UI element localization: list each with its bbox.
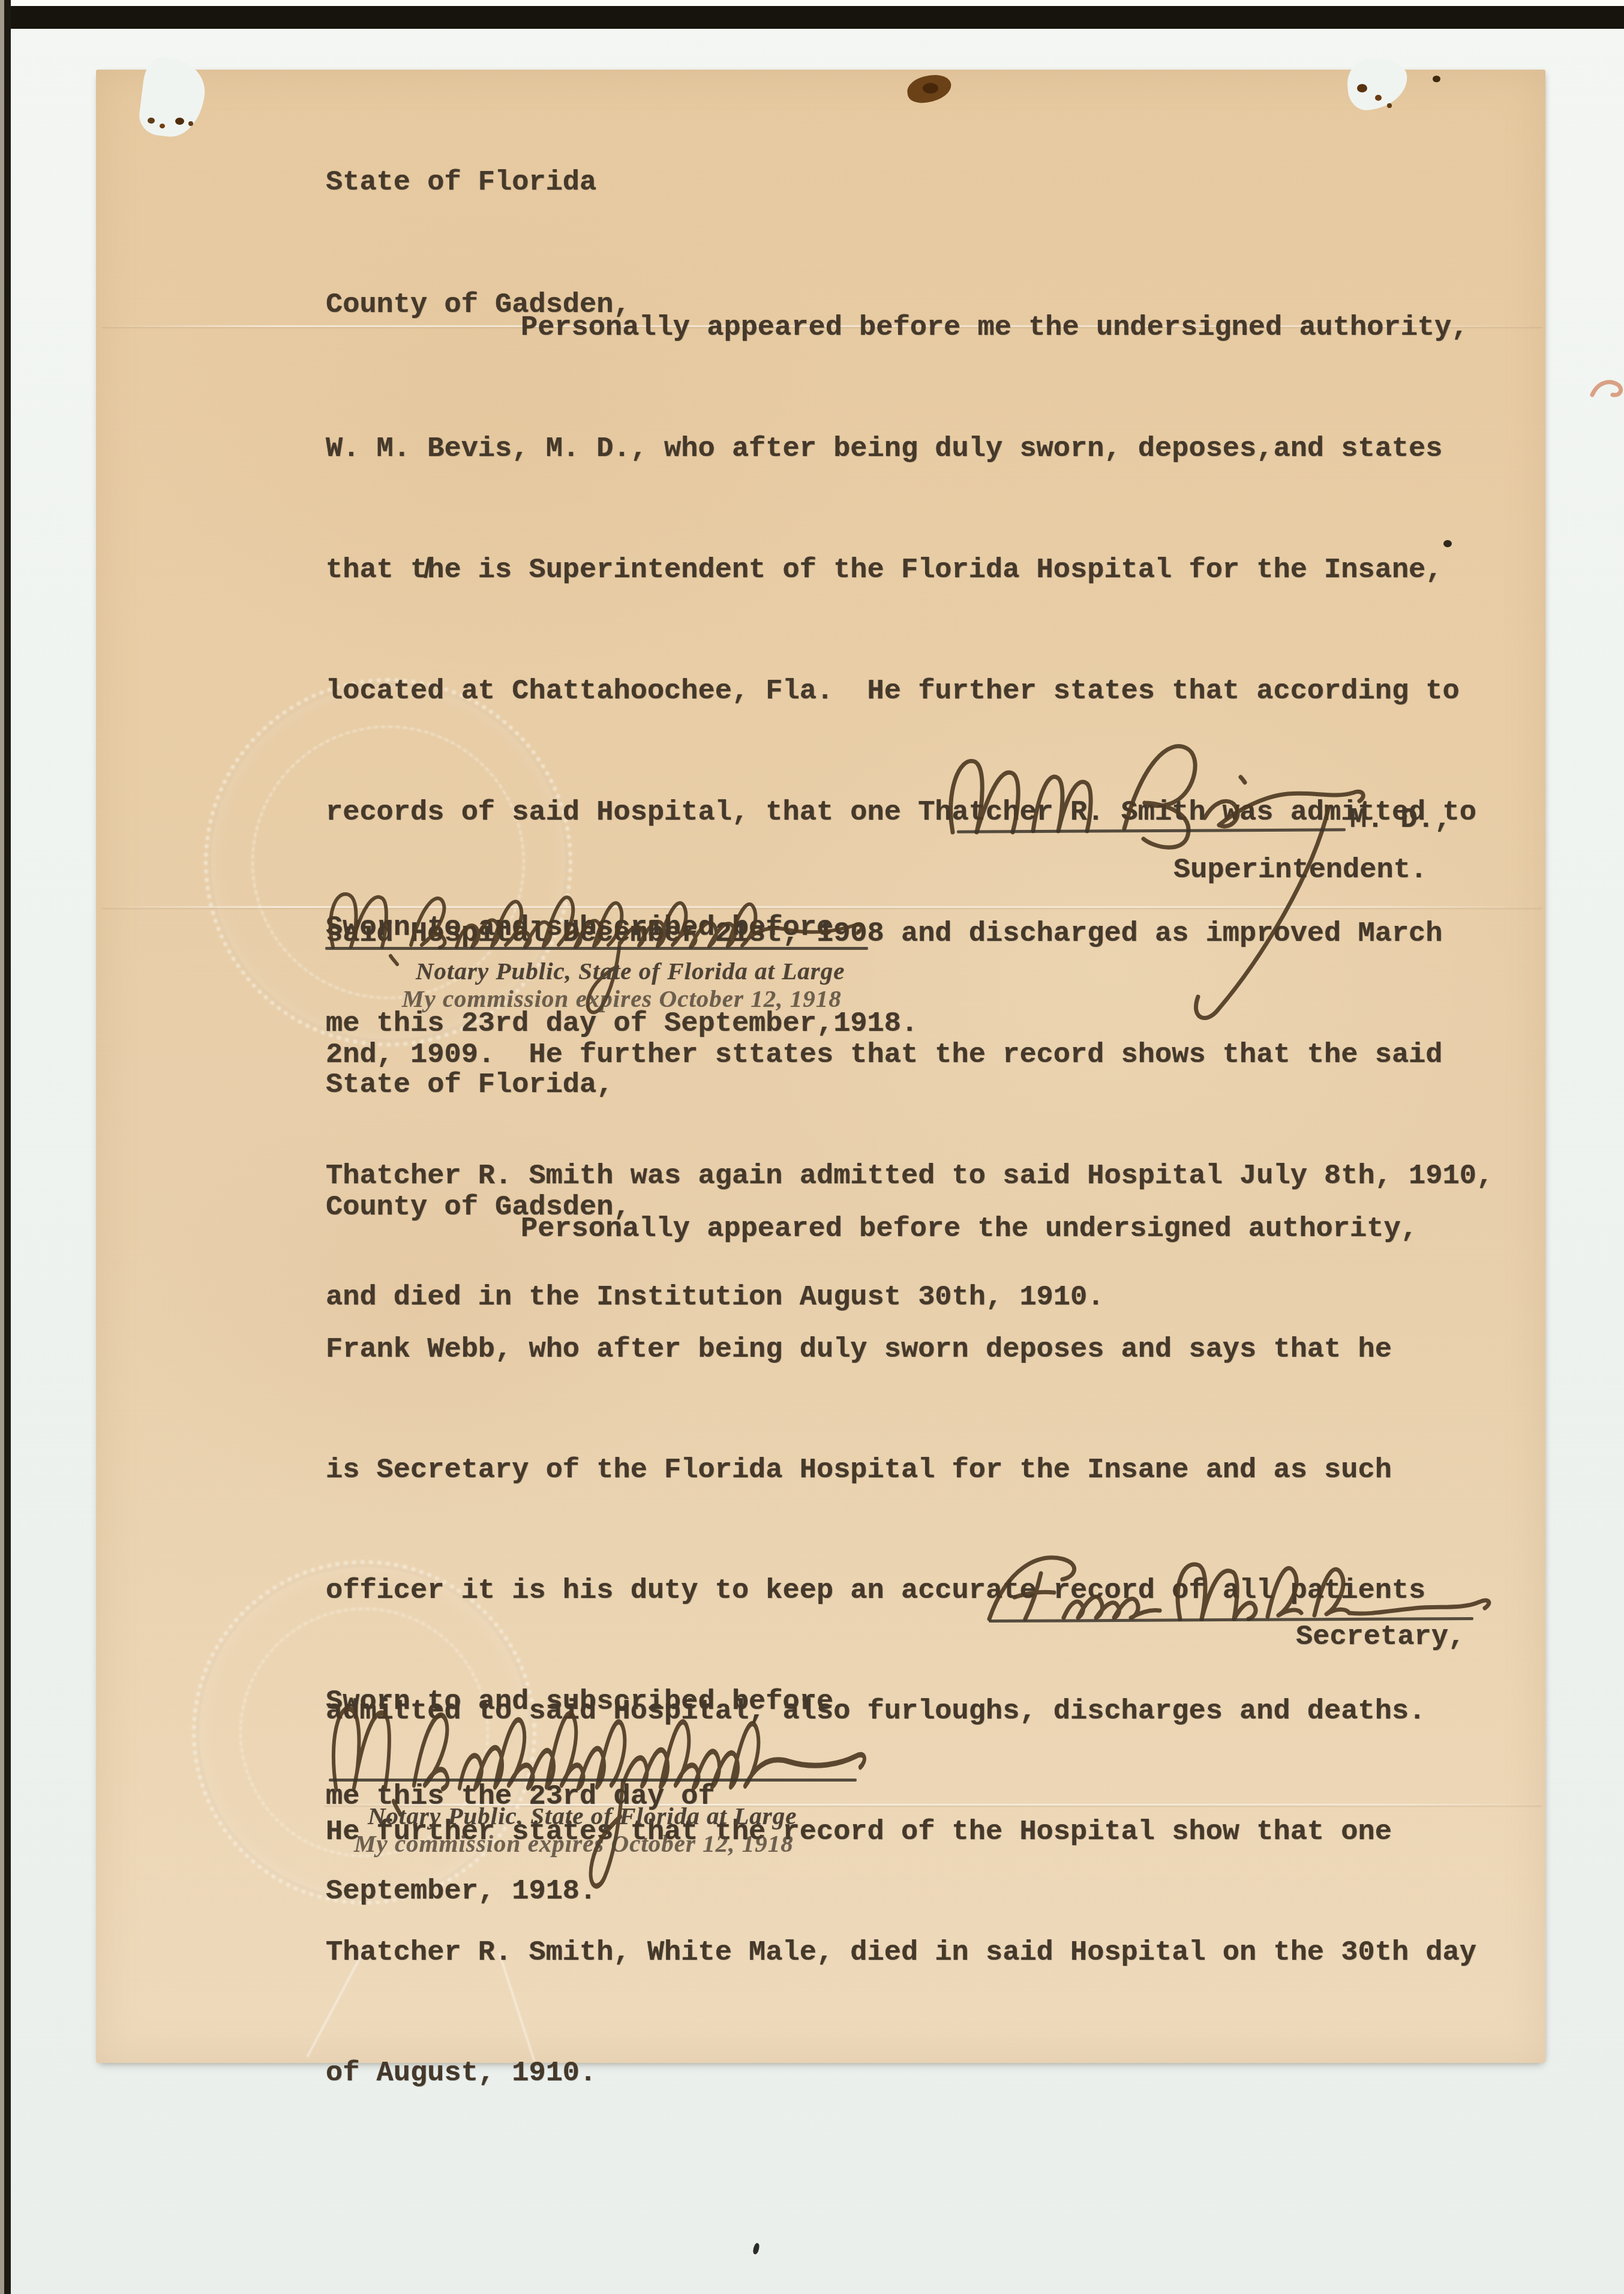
affidavit1-line: W. M. Bevis, M. D., who after being duly…: [326, 433, 1493, 491]
affidavit1-line: that t̸he is Superintendent of the Flori…: [326, 554, 1493, 612]
affidavit2-line: Personally appeared before the undersign…: [326, 1213, 1476, 1270]
speck-below-paper: [752, 2242, 760, 2255]
foxing-speck: [160, 124, 165, 128]
affidavit2-line: is Secretary of the Florida Hospital for…: [326, 1455, 1476, 1512]
bevis-title: Superintendent.: [1173, 854, 1427, 886]
bevis-credential: M. D.,: [1350, 804, 1451, 836]
jurat1-state: State of Florida: [326, 167, 631, 226]
affidavit2-line: of August, 1910.: [326, 2058, 1476, 2115]
foxing-speck: [1433, 76, 1440, 82]
foxing-speck: [148, 118, 155, 124]
stain-top-center-core: [923, 83, 938, 94]
foxing-speck: [1357, 84, 1367, 92]
foxing-speck: [188, 121, 193, 126]
foxing-speck: [175, 118, 184, 125]
jurat2-state: State of Florida,: [326, 1069, 631, 1128]
notary-stamp1-line1: Notary Public, State of Florida at Large: [416, 956, 845, 985]
foxing-speck: [1387, 103, 1392, 108]
notary-stamp2-line1: Notary Public, State of Florida at Large: [368, 1801, 797, 1830]
notary-stamp2-line2: My commission expires October 12, 1918: [354, 1829, 794, 1858]
foxing-speck: [1375, 95, 1382, 101]
notary-signature-upper-underline: [325, 947, 868, 950]
scanned-document-page: State of Florida County of Gadsden, Pers…: [0, 0, 1624, 2294]
affidavit1-line: Personally appeared before me the unders…: [326, 312, 1493, 370]
notary-signature-lower: [324, 1677, 870, 1902]
notary-signature-lower-underline: [329, 1779, 857, 1782]
bevis-signature: [936, 723, 1380, 1071]
webb-title: Secretary,: [1296, 1621, 1465, 1653]
paper-fragment-right-edge: [1590, 377, 1623, 406]
scan-edge-top-band: [0, 6, 1624, 29]
affidavit2-line: Frank Webb, who after being duly sworn d…: [326, 1334, 1476, 1391]
scan-edge-left-texture: [0, 0, 4, 2294]
